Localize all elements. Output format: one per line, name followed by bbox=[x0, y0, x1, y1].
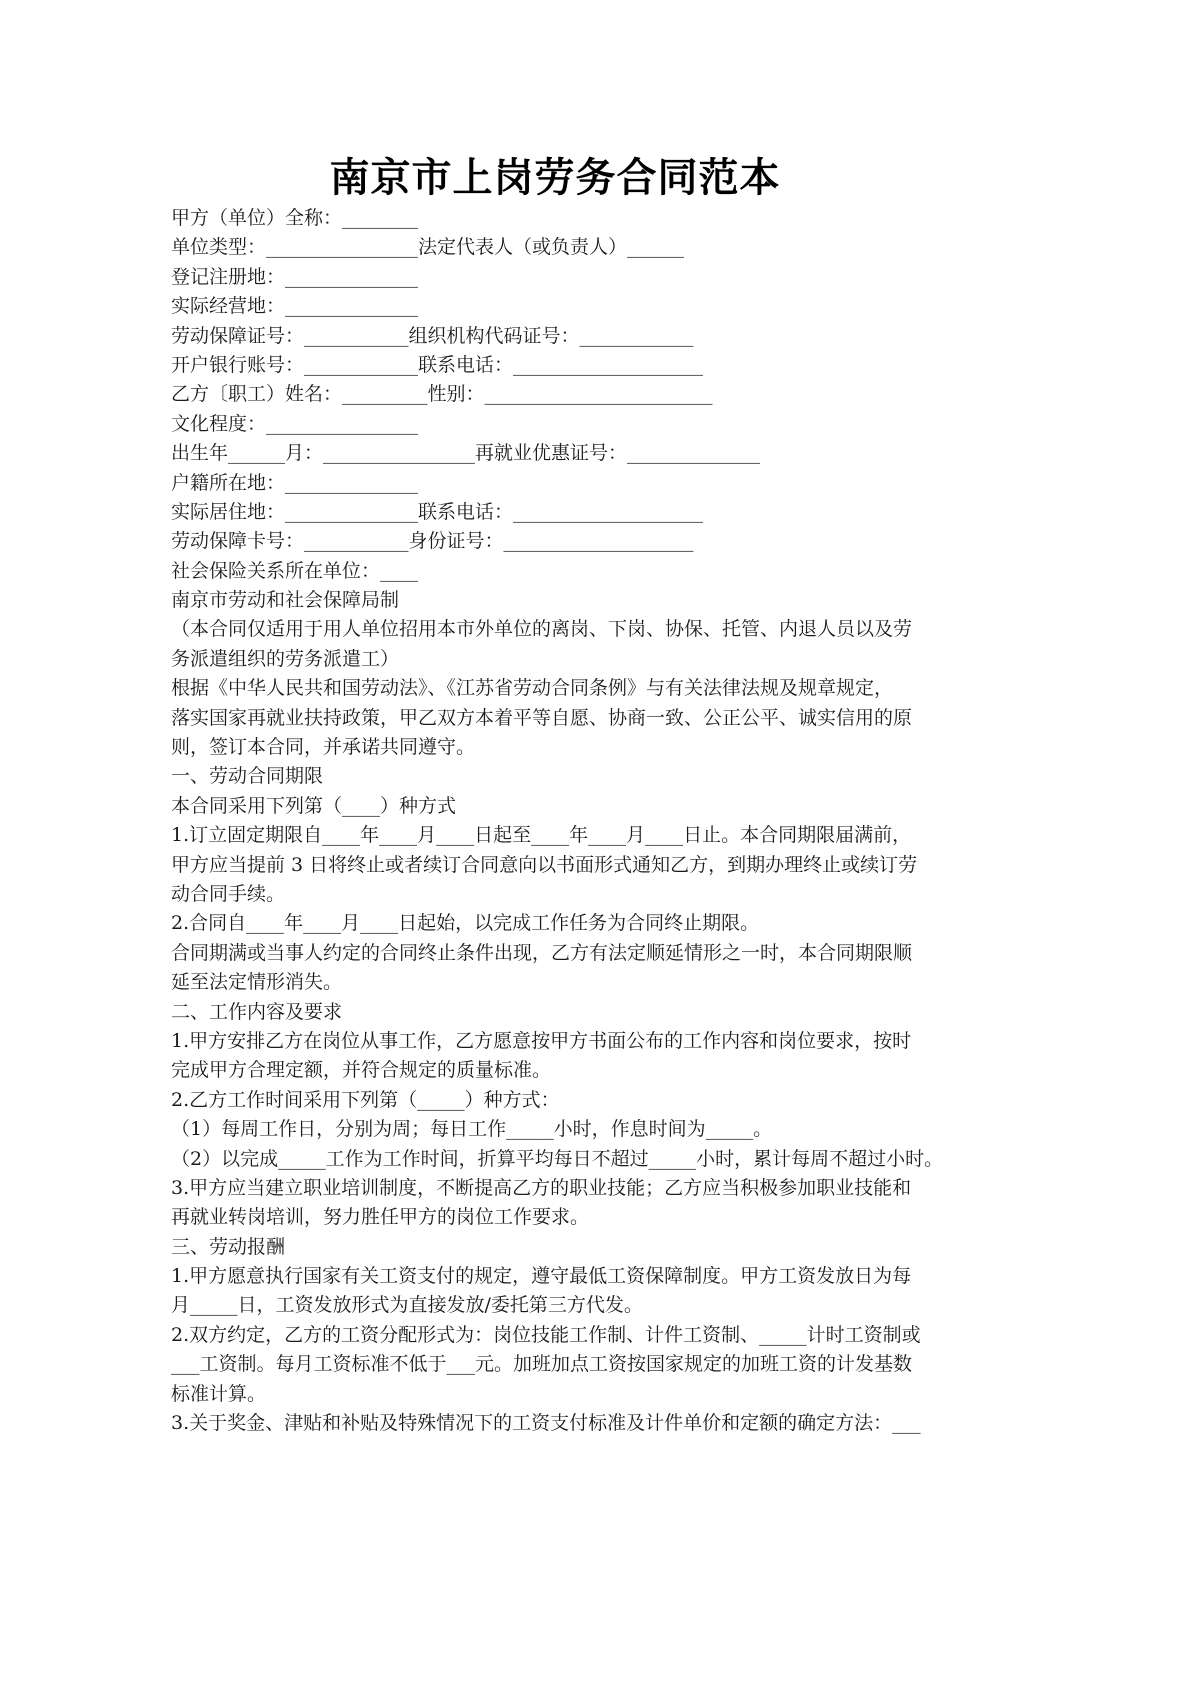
work-clause-1-line-1: 1.甲方安排乙方在岗位从事工作，乙方愿意按甲方书面公布的工作内容和岗位要求，按时 bbox=[171, 1027, 1016, 1056]
preamble-line-3: 则，签订本合同，并承诺共同遵守。 bbox=[171, 733, 1016, 762]
issuer-line: 南京市劳动和社会保障局制 bbox=[171, 586, 1016, 615]
work-clause-2: 2.乙方工作时间采用下列第（_____）种方式： bbox=[171, 1086, 1016, 1115]
pay-clause-3: 3.关于奖金、津贴和补贴及特殊情况下的工资支付标准及计件单价和定额的确定方法：_… bbox=[171, 1409, 1016, 1438]
document-title: 南京市上岗劳务合同范本 bbox=[0, 152, 1110, 204]
pay-clause-1-line-2: 月_____日，工资发放形式为直接发放/委托第三方代发。 bbox=[171, 1291, 1016, 1320]
field-birth-reemployment-cert: 出生年______月：________________再就业优惠证号：_____… bbox=[171, 439, 1016, 468]
pay-clause-2-line-2: ___工资制。每月工资标准不低于___元。加班加点工资按国家规定的加班工资的计发… bbox=[171, 1350, 1016, 1379]
term-extension-line-1: 合同期满或当事人约定的合同终止条件出现，乙方有法定顺延情形之一时，本合同期限顺 bbox=[171, 939, 1016, 968]
pay-clause-2-line-3: 标准计算。 bbox=[171, 1380, 1016, 1409]
term-clause-1-line-2: 甲方应当提前 3 日将终止或者续订合同意向以书面形式通知乙方，到期办理终止或续订… bbox=[171, 851, 1016, 880]
work-clause-3-line-1: 3.甲方应当建立职业培训制度，不断提高乙方的职业技能；乙方应当积极参加职业技能和 bbox=[171, 1174, 1016, 1203]
field-social-insurance-unit: 社会保险关系所在单位：____ bbox=[171, 557, 1016, 586]
document-body: 甲方（单位）全称：________ 单位类型：________________法… bbox=[171, 204, 1016, 1438]
field-labor-cert-org-code: 劳动保障证号：___________组织机构代码证号：____________ bbox=[171, 322, 1016, 351]
field-labor-card-id: 劳动保障卡号：___________身份证号：_________________… bbox=[171, 527, 1016, 556]
scope-note-line-2: 务派遣组织的劳务派遣工） bbox=[171, 645, 1016, 674]
field-bank-account-phone: 开户银行账号：____________联系电话：________________… bbox=[171, 351, 1016, 380]
field-residence-phone: 实际居住地：______________联系电话：_______________… bbox=[171, 498, 1016, 527]
preamble-line-2: 落实国家再就业扶持政策，甲乙双方本着平等自愿、协商一致、公正公平、诚实信用的原 bbox=[171, 704, 1016, 733]
section-heading-pay: 三、劳动报酬 bbox=[171, 1233, 1016, 1262]
work-clause-3-line-2: 再就业转岗培训，努力胜任甲方的岗位工作要求。 bbox=[171, 1203, 1016, 1232]
section-heading-work: 二、工作内容及要求 bbox=[171, 998, 1016, 1027]
term-option-line: 本合同采用下列第（____）种方式 bbox=[171, 792, 1016, 821]
document-page: 南京市上岗劳务合同范本 甲方（单位）全称：________ 单位类型：_____… bbox=[0, 0, 1190, 1683]
work-clause-2-option-2: （2）以完成_____工作为工作时间，折算平均每日不超过_____小时，累计每周… bbox=[171, 1145, 1016, 1174]
preamble-line-1: 根据《中华人民共和国劳动法》、《江苏省劳动合同条例》与有关法律法规及规章规定， bbox=[171, 674, 1016, 703]
pay-clause-2-line-1: 2.双方约定，乙方的工资分配形式为：岗位技能工作制、计件工资制、_____计时工… bbox=[171, 1321, 1016, 1350]
field-party-b-name-gender: 乙方〔职工）姓名：_________性别：___________________… bbox=[171, 380, 1016, 409]
term-clause-1-line-1: 1.订立固定期限自____年____月____日起至____年____月____… bbox=[171, 821, 1016, 850]
field-household-registration: 户籍所在地：______________ bbox=[171, 469, 1016, 498]
field-unit-type-legal-rep: 单位类型：________________法定代表人（或负责人）______ bbox=[171, 233, 1016, 262]
pay-clause-1-line-1: 1.甲方愿意执行国家有关工资支付的规定，遵守最低工资保障制度。甲方工资发放日为每 bbox=[171, 1262, 1016, 1291]
work-clause-2-option-1: （1）每周工作日，分别为周；每日工作_____小时，作息时间为_____。 bbox=[171, 1115, 1016, 1144]
field-party-a-name: 甲方（单位）全称：________ bbox=[171, 204, 1016, 233]
field-registered-address: 登记注册地：______________ bbox=[171, 263, 1016, 292]
section-heading-term: 一、劳动合同期限 bbox=[171, 762, 1016, 791]
term-clause-2: 2.合同自____年____月____日起始，以完成工作任务为合同终止期限。 bbox=[171, 909, 1016, 938]
term-extension-line-2: 延至法定情形消失。 bbox=[171, 968, 1016, 997]
field-business-address: 实际经营地：______________ bbox=[171, 292, 1016, 321]
field-education: 文化程度：________________ bbox=[171, 410, 1016, 439]
term-clause-1-line-3: 动合同手续。 bbox=[171, 880, 1016, 909]
scope-note-line-1: （本合同仅适用于用人单位招用本市外单位的离岗、下岗、协保、托管、内退人员以及劳 bbox=[171, 615, 1016, 644]
work-clause-1-line-2: 完成甲方合理定额，并符合规定的质量标准。 bbox=[171, 1056, 1016, 1085]
